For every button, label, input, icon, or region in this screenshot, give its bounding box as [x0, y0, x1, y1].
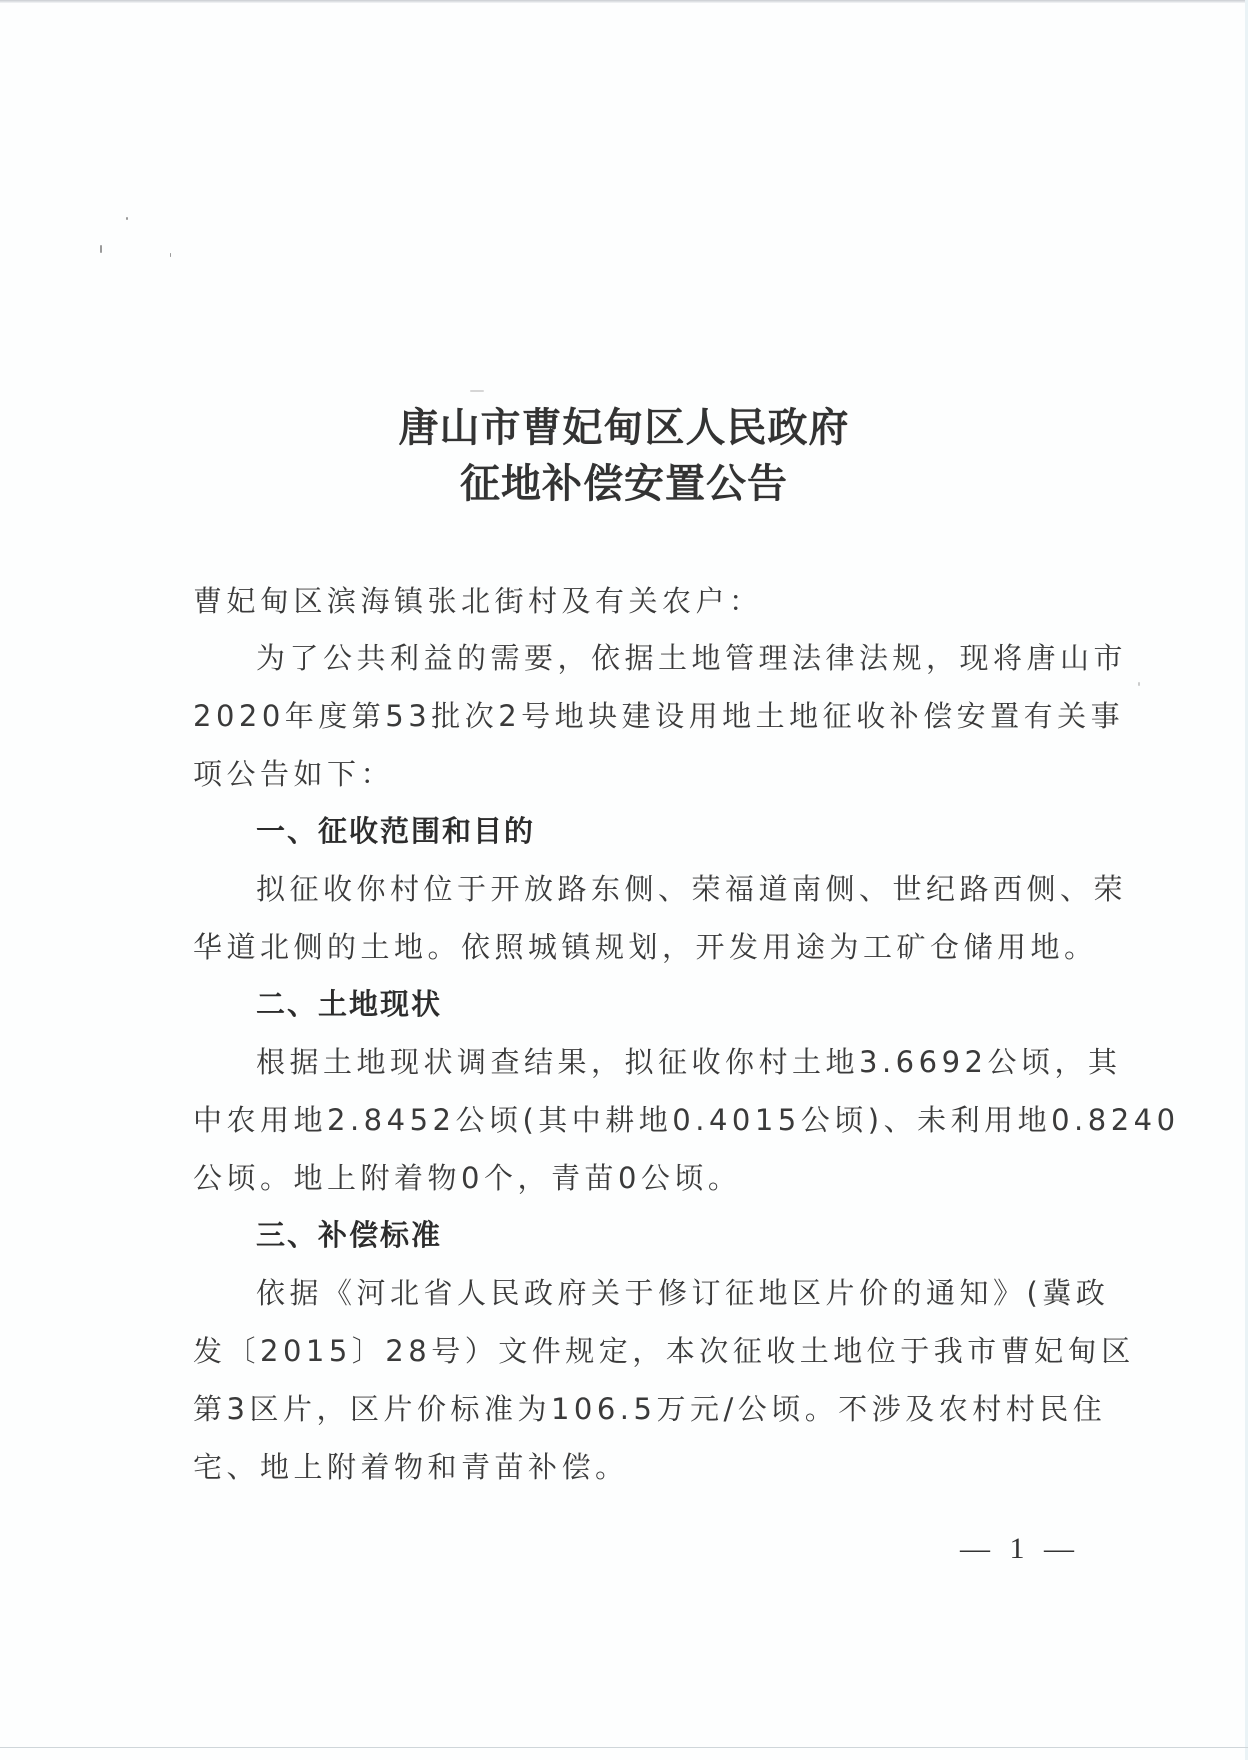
section-1-line-2: 华道北侧的土地。依照城镇规划，开发用途为工矿仓储用地。	[193, 929, 1113, 965]
section-3-line-4: 宅、地上附着物和青苗补偿。	[193, 1449, 1113, 1485]
scan-edge-top	[0, 0, 1248, 3]
intro-line-3: 项公告如下：	[193, 756, 1113, 792]
scan-edge-bottom	[0, 1747, 1248, 1748]
page-number: — 1 —	[960, 1532, 1080, 1566]
section-2-line-3: 公顷。地上附着物0个，青苗0公顷。	[193, 1160, 1113, 1196]
section-3-line-1: 依据《河北省人民政府关于修订征地区片价的通知》(冀政	[256, 1275, 1176, 1311]
scan-speck	[126, 217, 128, 220]
salutation: 曹妃甸区滨海镇张北街村及有关农户：	[193, 583, 1113, 619]
section-heading-land-status: 二、土地现状	[256, 986, 1176, 1022]
document-title-line-2: 征地补偿安置公告	[0, 452, 1248, 509]
section-1-line-1: 拟征收你村位于开放路东侧、荣福道南侧、世纪路西侧、荣	[256, 871, 1176, 907]
document-title-line-1: 唐山市曹妃甸区人民政府	[0, 396, 1248, 453]
intro-line-2: 2020年度第53批次2号地块建设用地土地征收补偿安置有关事	[193, 698, 1113, 734]
scan-speck	[470, 390, 484, 392]
intro-line-1: 为了公共利益的需要，依据土地管理法律法规，现将唐山市	[256, 640, 1176, 676]
section-heading-compensation: 三、补偿标准	[256, 1217, 1176, 1253]
section-3-line-3: 第3区片，区片价标准为106.5万元/公顷。不涉及农村村民住	[193, 1391, 1113, 1427]
section-heading-scope: 一、征收范围和目的	[256, 813, 1176, 849]
section-3-line-2: 发〔2015〕28号）文件规定，本次征收土地位于我市曹妃甸区	[193, 1333, 1113, 1369]
scan-speck	[100, 245, 102, 253]
scan-speck	[1138, 682, 1140, 686]
section-2-line-2: 中农用地2.8452公顷(其中耕地0.4015公顷)、未利用地0.8240	[193, 1102, 1113, 1138]
section-2-line-1: 根据土地现状调查结果，拟征收你村土地3.6692公顷，其	[256, 1044, 1176, 1080]
scanned-document-page: 唐山市曹妃甸区人民政府 征地补偿安置公告 曹妃甸区滨海镇张北街村及有关农户： 为…	[0, 0, 1248, 1760]
scan-speck	[170, 253, 171, 257]
